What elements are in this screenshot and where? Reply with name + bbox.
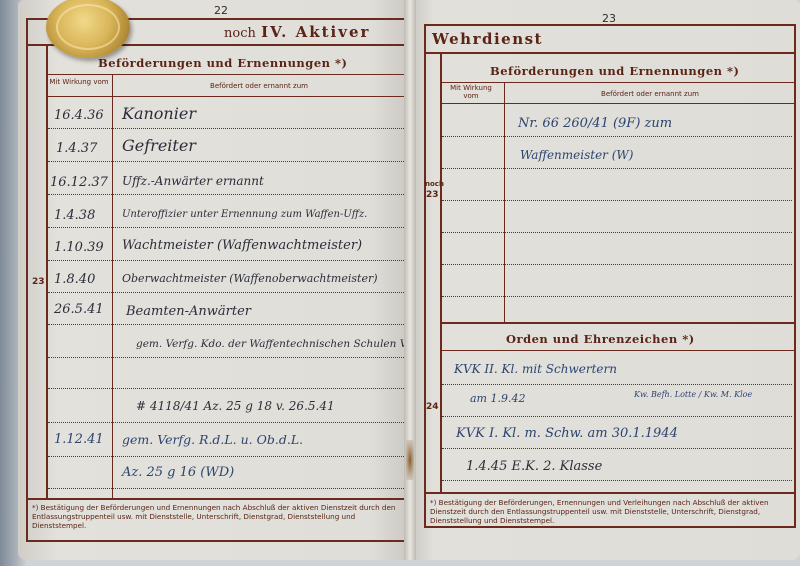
- col-rank-header: Befördert oder ernannt zum: [510, 90, 790, 98]
- margin-number: 23: [32, 277, 45, 287]
- row-text: Wachtmeister (Waffenwachtmeister): [122, 238, 362, 253]
- row-text: Gefreiter: [122, 136, 196, 155]
- margin-number-24: 24: [426, 402, 439, 412]
- header-title: Wehrdienst: [432, 30, 543, 48]
- header-title: noch IV. Aktiver: [224, 23, 370, 41]
- row-text: gem. Verfg. Kdo. der Waffentechnischen S…: [136, 338, 417, 350]
- col-date-header: Mit Wirkung vom: [48, 78, 110, 86]
- col-date-header: Mit Wirkung vom: [442, 84, 500, 100]
- row-text: Oberwachtmeister (Waffenoberwachtmeister…: [122, 272, 378, 285]
- order-text: KVK I. Kl. m. Schw. am 30.1.1944: [456, 426, 678, 441]
- left-page: 22 noch IV. Aktiver Beförderungen und Er…: [18, 0, 410, 560]
- row-date: 1.8.40: [54, 272, 95, 287]
- row-date: 1.4.37: [56, 141, 97, 156]
- header-prefix: noch: [224, 26, 256, 41]
- order-note: Kw. Befh. Lotte / Kw. M. Kloe: [634, 390, 752, 399]
- row-text: # 4118/41 Az. 25 g 18 v. 26.5.41: [136, 399, 335, 413]
- orders-title: Orden und Ehrenzeichen *): [506, 332, 695, 346]
- footnote: *) Bestätigung der Beförderungen und Ern…: [32, 503, 404, 530]
- right-page: 23 Wehrdienst Beförderungen und Ernennun…: [410, 0, 800, 560]
- row-date: 16.4.36: [54, 108, 104, 123]
- row-text: gem. Verfg. R.d.L. u. Ob.d.L.: [122, 432, 303, 447]
- promotion-text: Nr. 66 260/41 (9F) zum: [518, 116, 672, 131]
- row-text: Unteroffizier unter Ernennung zum Waffen…: [122, 209, 367, 220]
- page-number: 22: [214, 4, 228, 17]
- margin-noch: noch: [425, 180, 444, 188]
- section-title: Beförderungen und Ernennungen *): [98, 56, 347, 70]
- row-date: 1.12.41: [54, 432, 104, 447]
- row-date: 16.12.37: [50, 175, 108, 190]
- row-date: 26.5.41: [54, 302, 104, 317]
- row-text: Kanonier: [122, 104, 196, 123]
- row-date: 1.10.39: [54, 240, 104, 255]
- order-text: am 1.9.42: [470, 392, 525, 405]
- promotion-text: Waffenmeister (W): [520, 148, 633, 162]
- order-text: 1.4.45 E.K. 2. Klasse: [466, 459, 602, 474]
- staple-rust: [406, 440, 414, 480]
- row-text: Beamten-Anwärter: [126, 304, 251, 319]
- order-text: KVK II. Kl. mit Schwertern: [454, 362, 617, 376]
- footnote: *) Bestätigung der Beförderungen, Ernenn…: [430, 498, 792, 525]
- margin-number-23: 23: [426, 190, 439, 200]
- row-text: Uffz.-Anwärter ernannt: [122, 174, 264, 188]
- row-text: Az. 25 g 16 (WD): [122, 465, 234, 480]
- section-title: Beförderungen und Ernennungen *): [490, 64, 739, 78]
- row-date: 1.4.38: [54, 208, 95, 223]
- col-rank-header: Befördert oder ernannt zum: [114, 82, 404, 90]
- header-main: IV. Aktiver: [261, 23, 370, 41]
